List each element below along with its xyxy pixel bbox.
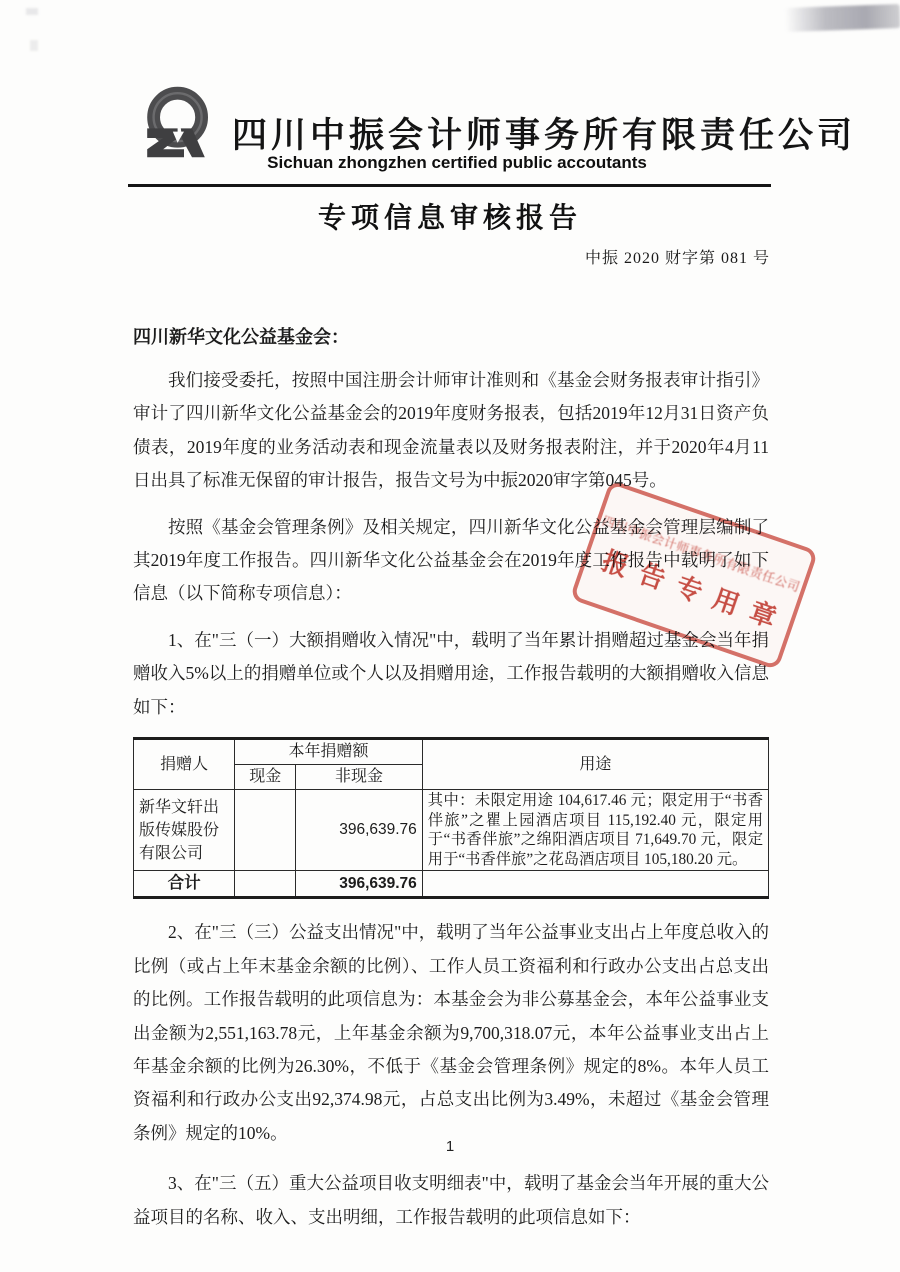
paragraph-audit-engagement: 我们接受委托，按照中国注册会计师审计准则和《基金会财务报表审计指引》审计了四川新… (133, 364, 769, 498)
table-row-donor: 新华文轩出版传媒股份有限公司 396,639.76 其中：未限定用途 104,6… (134, 790, 769, 871)
scan-smudge-left-edge (30, 40, 38, 51)
document-number: 中振 2020 财字第 081 号 (130, 245, 770, 268)
scanned-document-page: 四川中振会计师事务所有限责任公司 Sichuan zhongzhen certi… (0, 0, 900, 1272)
company-name-chinese: 四川中振会计师事务所有限责任公司 (232, 108, 772, 158)
company-name-english: Sichuan zhongzhen certified public accou… (232, 153, 682, 173)
col-header-noncash: 非现金 (296, 765, 423, 790)
paragraph-item-1-large-donations: 1、在"三（一）大额捐赠收入情况"中，载明了当年累计捐赠超过基金会当年捐赠收入5… (133, 624, 769, 724)
header-divider-rule (128, 184, 771, 187)
cell-purpose: 其中：未限定用途 104,617.46 元；限定用于“书香伴旅”之瞿上园酒店项目… (422, 790, 768, 871)
report-title: 专项信息审核报告 (130, 196, 770, 236)
scan-smudge-top-left (26, 8, 38, 15)
table-header-row-1: 捐赠人 本年捐赠额 用途 (134, 739, 769, 765)
zhongzhen-logo-icon (136, 82, 216, 162)
col-header-donor: 捐赠人 (134, 739, 235, 790)
table-row-total: 合计 396,639.76 (134, 871, 769, 898)
cell-total-noncash: 396,639.76 (296, 871, 423, 898)
scan-smudge-top-right (785, 4, 900, 32)
cell-total-cash (235, 871, 296, 898)
paragraph-work-report-basis: 按照《基金会管理条例》及相关规定，四川新华文化公益基金会管理层编制了其2019年… (133, 511, 769, 611)
col-header-purpose: 用途 (422, 739, 768, 790)
cell-total-label: 合计 (134, 871, 235, 898)
paragraph-item-3-major-project-details: 3、在"三（五）重大公益项目收支明细表"中，载明了基金会当年开展的重大公益项目的… (133, 1167, 769, 1234)
cell-noncash-amount: 396,639.76 (296, 790, 423, 871)
paragraph-item-2-public-welfare-expenditure: 2、在"三（三）公益支出情况"中，载明了当年公益事业支出占上年度总收入的比例（或… (133, 916, 769, 1150)
large-donation-table: 捐赠人 本年捐赠额 用途 现金 非现金 新华文轩出版传媒股份有限公司 396,6… (133, 737, 769, 899)
document-body: 四川新华文化公益基金会： 我们接受委托，按照中国注册会计师审计准则和《基金会财务… (133, 324, 769, 1247)
col-header-cash: 现金 (235, 765, 296, 790)
col-header-amount-group: 本年捐赠额 (235, 739, 422, 765)
cell-cash-amount (235, 790, 296, 871)
cell-total-purpose (422, 871, 768, 898)
page-number: 1 (0, 1138, 900, 1155)
cell-donor-name: 新华文轩出版传媒股份有限公司 (134, 790, 235, 871)
addressee: 四川新华文化公益基金会： (133, 324, 769, 350)
